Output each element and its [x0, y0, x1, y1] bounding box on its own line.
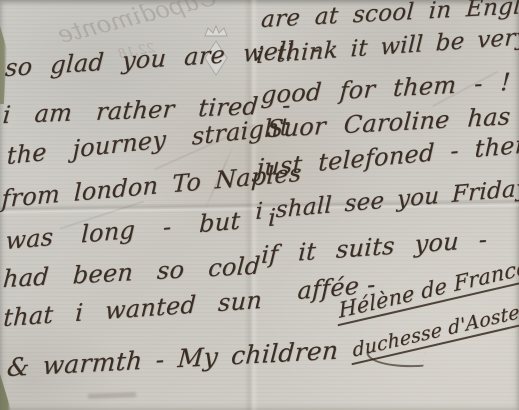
letter-photo: Capodimonte 22.18 so glad you are well -… [0, 0, 519, 410]
crown-icon [205, 26, 227, 36]
